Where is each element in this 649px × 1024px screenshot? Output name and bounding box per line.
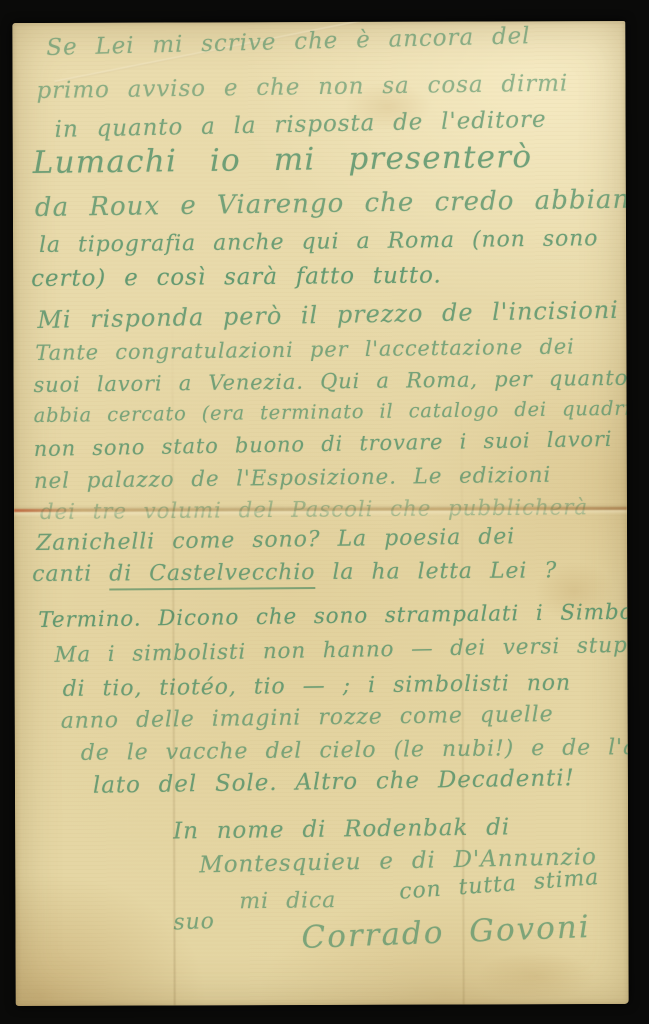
letter-paper: Se Lei mi scrive che è ancora del primo … bbox=[12, 21, 628, 1006]
scan-background: Se Lei mi scrive che è ancora del primo … bbox=[0, 0, 649, 1024]
castelvecchio-pre: canti bbox=[32, 562, 92, 587]
letter-line: Ma i simbolisti non hanno — dei versi st… bbox=[54, 632, 628, 668]
letter-line: certo) e così sarà fatto tutto. bbox=[31, 262, 442, 292]
closing-suo: suo bbox=[173, 909, 215, 936]
castelvecchio-post: la ha letta Lei ? bbox=[332, 558, 557, 585]
letter-line: Termino. Dicono che sono strampalati i S… bbox=[38, 599, 629, 633]
letter-line: Se Lei mi scrive che è ancora del bbox=[46, 23, 531, 61]
letter-line: anno delle imagini rozze come quelle bbox=[61, 702, 554, 734]
letter-line: di tio, tiotéo, tio — ; i simbolisti non bbox=[62, 671, 571, 702]
letter-line: Tante congratulazioni per l'accettazione… bbox=[35, 334, 575, 365]
letter-line: nel palazzo de l'Esposizione. Le edizion… bbox=[34, 463, 552, 494]
closing-mi-dica: mi dica bbox=[239, 888, 336, 914]
letter-line: la tipografia anche qui a Roma (non sono bbox=[39, 226, 599, 258]
letter-line: in quanto a la risposta de l'editore bbox=[54, 107, 546, 143]
letter-line: Lumachi io mi presenterò bbox=[33, 139, 533, 181]
castelvecchio-underlined: di Castelvecchio bbox=[109, 560, 315, 590]
letter-line: abbia cercato (era terminato il catalogo… bbox=[34, 397, 629, 427]
letter-line: lato del Sole. Altro che Decadenti! bbox=[93, 765, 575, 799]
paper-stain bbox=[476, 951, 596, 1001]
signature: Corrado Govoni bbox=[301, 909, 592, 956]
letter-line-castelvecchio: canti di Castelvecchio la ha letta Lei ? bbox=[32, 558, 557, 587]
letter-line: Zanichelli come sono? La poesia dei bbox=[36, 524, 515, 556]
closing-line: In nome di Rodenbak di bbox=[173, 814, 510, 844]
letter-line: primo avviso e che non sa cosa dirmi bbox=[36, 71, 568, 104]
letter-line: de le vacche del cielo (le nubi!) e de l… bbox=[81, 735, 629, 766]
letter-line: non sono stato buono di trovare i suoi l… bbox=[34, 427, 613, 461]
letter-line: da Roux e Viarengo che credo abbiano bbox=[35, 184, 629, 223]
letter-line: suoi lavori a Venezia. Qui a Roma, per q… bbox=[33, 366, 628, 397]
letter-line: Mi risponda però il prezzo de l'incision… bbox=[37, 296, 619, 334]
